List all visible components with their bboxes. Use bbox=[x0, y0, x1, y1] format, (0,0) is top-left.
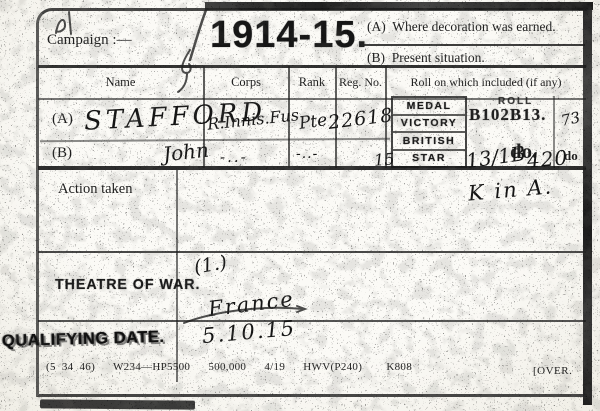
stamp-row-victory: VICTORY bbox=[393, 116, 465, 134]
action-bottom-line bbox=[38, 251, 586, 253]
star-prefix-handwritten: 15 bbox=[373, 149, 395, 169]
stamp-row-star: STAR bbox=[393, 151, 465, 167]
legend-b: (B) Present situation. bbox=[367, 50, 485, 66]
bottom-smudge bbox=[40, 399, 195, 409]
row-b-rank-ditto: -..- bbox=[296, 146, 318, 162]
theatre-bottom-line bbox=[38, 320, 586, 322]
campaign-bottom-line bbox=[38, 65, 586, 68]
card-border-right-band bbox=[583, 3, 592, 405]
printer-code: (5 34 46) W234—HP5500 500,000 4/19 HWV(P… bbox=[46, 361, 412, 373]
col-header-corps: Corps bbox=[203, 75, 289, 90]
stamp-row-british: BRITISH bbox=[393, 133, 465, 151]
victory-roll-number: B102B13. bbox=[469, 105, 546, 125]
row-b-name-handwritten: John bbox=[162, 138, 210, 167]
campaign-label: Campaign :— bbox=[47, 32, 132, 49]
action-taken-label: Action taken bbox=[58, 181, 133, 198]
stamp-row-medal: MEDAL bbox=[393, 98, 465, 116]
medal-index-card-scan: Campaign :— 1914-15. (A) Where decoratio… bbox=[0, 0, 600, 411]
campaign-year: 1914-15. bbox=[210, 14, 368, 57]
row-a-label: (A) bbox=[52, 111, 73, 128]
col-header-reg-no: Reg. No. bbox=[335, 75, 386, 90]
medal-roll-stamp-box: MEDAL VICTORY BRITISH STAR bbox=[391, 96, 467, 168]
col-header-roll: Roll on which included (if any) bbox=[386, 75, 586, 90]
theatre-of-war-label: THEATRE OF WAR. bbox=[55, 276, 200, 293]
row-a-rank-handwritten: Pte bbox=[298, 110, 329, 134]
col-header-name: Name bbox=[38, 75, 203, 90]
col-header-rank: Rank bbox=[288, 75, 336, 90]
star-page-handwritten: 420 bbox=[526, 145, 569, 172]
over-note: [OVER. bbox=[533, 365, 572, 377]
row-b-corps-ditto: -..- bbox=[220, 148, 248, 166]
legend-a: (A) Where decoration was earned. bbox=[367, 19, 556, 35]
row-b-label: (B) bbox=[52, 145, 72, 162]
legend-divider-line bbox=[362, 44, 585, 46]
